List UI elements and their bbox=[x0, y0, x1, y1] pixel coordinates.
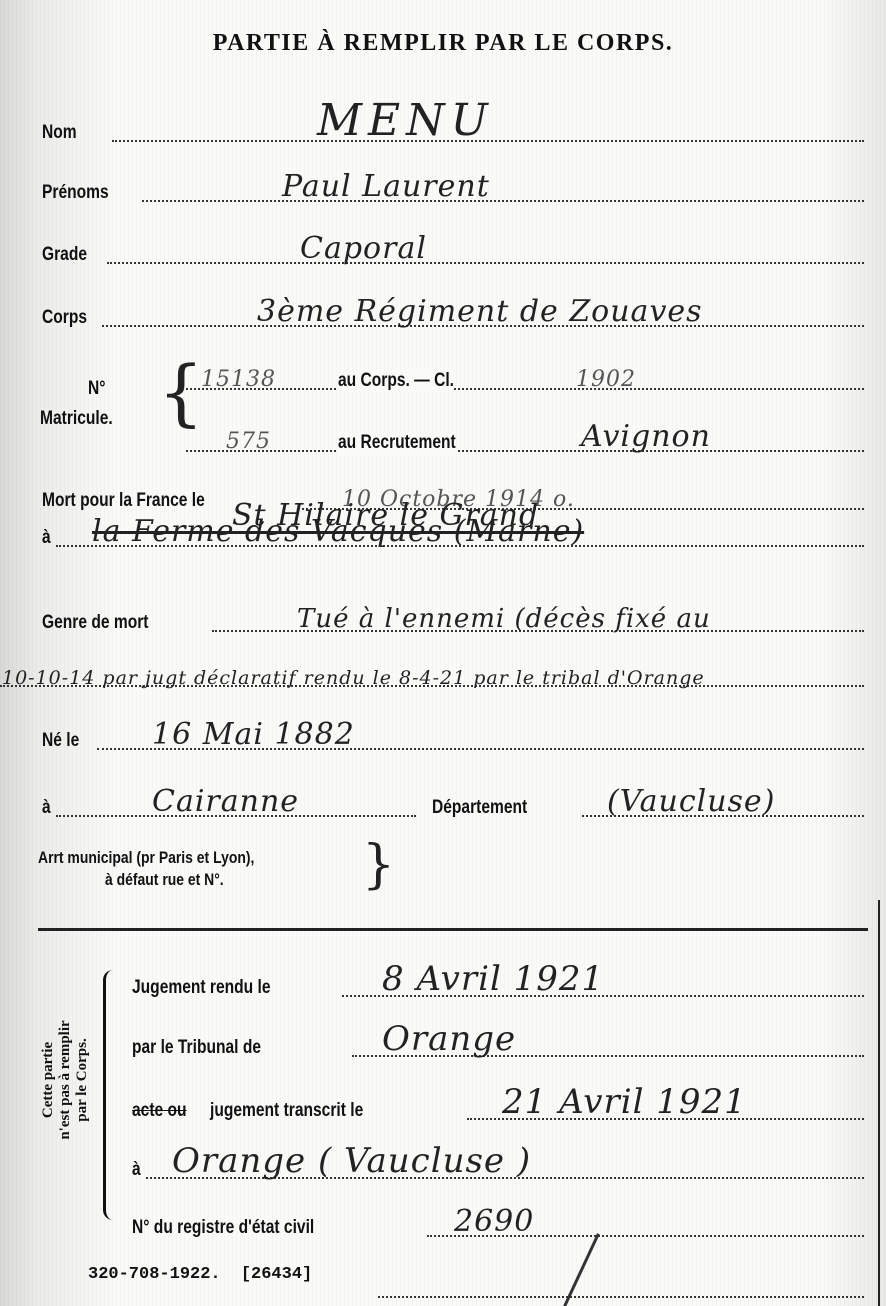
footer-ref: [26434] bbox=[241, 1265, 312, 1284]
dotted-line bbox=[142, 200, 864, 202]
matricule-label-no: N° bbox=[88, 378, 105, 400]
genre-mort-label: Genre de mort bbox=[42, 612, 148, 634]
transcrit-label-struck: acte ou bbox=[132, 1100, 187, 1122]
corps-label: Corps bbox=[42, 307, 87, 329]
jugement-value: 8 Avril 1921 bbox=[382, 959, 604, 999]
arrondissement-label-2: à défaut rue et N°. bbox=[105, 870, 224, 890]
nom-value: MENU bbox=[317, 95, 494, 146]
section-divider bbox=[38, 928, 868, 931]
side-note-line: n'est pas à remplir bbox=[57, 955, 74, 1205]
ne-le-value: 16 Mai 1882 bbox=[152, 717, 355, 752]
matricule-corps-row: 15138 au Corps. — Cl. 1902 bbox=[186, 358, 864, 398]
field-transcrit: acte ou jugement transcrit le 21 Avril 1… bbox=[132, 1088, 864, 1128]
field-jugement: Jugement rendu le 8 Avril 1921 bbox=[132, 965, 864, 1005]
mort-lieu-label: à bbox=[42, 527, 51, 549]
field-registre: N° du registre d'état civil 2690 bbox=[132, 1205, 864, 1245]
side-note-line: par le Corps. bbox=[74, 955, 91, 1205]
nom-label: Nom bbox=[42, 122, 77, 144]
field-mort-lieu: à St Hilaire le Grand la Ferme des Vacqu… bbox=[42, 515, 864, 555]
recrutement-number: 575 bbox=[226, 429, 271, 454]
registre-value: 2690 bbox=[454, 1204, 534, 1239]
brace bbox=[103, 970, 116, 1220]
page-edge bbox=[878, 900, 880, 1306]
corps-value: 3ème Régiment de Zouaves bbox=[257, 294, 703, 329]
registre-label: N° du registre d'état civil bbox=[132, 1217, 314, 1239]
departement-label: Département bbox=[432, 797, 527, 819]
arrondissement-label: Arrt municipal (pr Paris et Lyon), bbox=[38, 848, 254, 868]
ne-le-label: Né le bbox=[42, 730, 79, 752]
document-title: PARTIE À REMPLIR PAR LE CORPS. bbox=[0, 30, 886, 57]
dotted-line bbox=[186, 388, 864, 390]
field-nom: Nom MENU bbox=[42, 110, 864, 150]
corps-number: 15138 bbox=[201, 367, 276, 392]
mort-lieu-value: la Ferme des Vacques (Marne) bbox=[92, 514, 584, 549]
side-note: Cette partie n'est pas à remplir par le … bbox=[40, 955, 91, 1205]
tribunal-value: Orange bbox=[382, 1019, 516, 1059]
jugement-label: Jugement rendu le bbox=[132, 977, 271, 999]
field-ne-lieu: à Cairanne Département (Vaucluse) bbox=[42, 785, 864, 825]
ne-lieu-value: Cairanne bbox=[152, 784, 299, 819]
matricule-recrutement-row: 575 au Recrutement Avignon bbox=[186, 420, 864, 460]
field-genre-mort: Genre de mort Tué à l'ennemi (décès fixé… bbox=[42, 600, 864, 640]
grade-value: Caporal bbox=[300, 231, 427, 266]
genre-mort-continuation: 10-10-14 par jugt déclaratif rendu le 8-… bbox=[2, 667, 705, 689]
ne-lieu-label: à bbox=[42, 797, 51, 819]
field-corps: Corps 3ème Régiment de Zouaves bbox=[42, 295, 864, 335]
mort-label: Mort pour la France le bbox=[42, 490, 205, 512]
field-prenoms: Prénoms Paul Laurent bbox=[42, 170, 864, 210]
genre-mort-value: Tué à l'ennemi (décès fixé au bbox=[297, 604, 711, 634]
recrutement-label: au Recrutement bbox=[338, 432, 456, 454]
grade-label: Grade bbox=[42, 244, 87, 266]
side-note-line: Cette partie bbox=[40, 955, 57, 1205]
classe-value: 1902 bbox=[576, 367, 636, 392]
field-ne-le: Né le 16 Mai 1882 bbox=[42, 718, 864, 758]
transcrit-label: jugement transcrit le bbox=[210, 1100, 363, 1122]
departement-value: (Vaucluse) bbox=[607, 784, 775, 819]
corps-class-label: au Corps. — Cl. bbox=[338, 370, 454, 392]
lieu-value: Orange ( Vaucluse ) bbox=[172, 1141, 531, 1181]
matricule-label: Matricule. bbox=[40, 408, 113, 430]
dotted-line bbox=[107, 262, 864, 264]
prenoms-label: Prénoms bbox=[42, 182, 109, 204]
dotted-line bbox=[186, 450, 864, 452]
recrutement-place: Avignon bbox=[581, 419, 711, 454]
prenoms-value: Paul Laurent bbox=[282, 169, 490, 204]
transcrit-value: 21 Avril 1921 bbox=[502, 1082, 747, 1122]
field-grade: Grade Caporal bbox=[42, 232, 864, 272]
tribunal-label: par le Tribunal de bbox=[132, 1037, 261, 1059]
footer-code: 320-708-1922. bbox=[88, 1265, 221, 1284]
field-tribunal: par le Tribunal de Orange bbox=[132, 1025, 864, 1065]
field-genre-mort-continuation: 10-10-14 par jugt déclaratif rendu le 8-… bbox=[0, 655, 864, 695]
footer: 320-708-1922. [26434] bbox=[88, 1265, 312, 1284]
lieu-label: à bbox=[132, 1159, 141, 1181]
field-transcrit-lieu: à Orange ( Vaucluse ) bbox=[132, 1147, 864, 1187]
